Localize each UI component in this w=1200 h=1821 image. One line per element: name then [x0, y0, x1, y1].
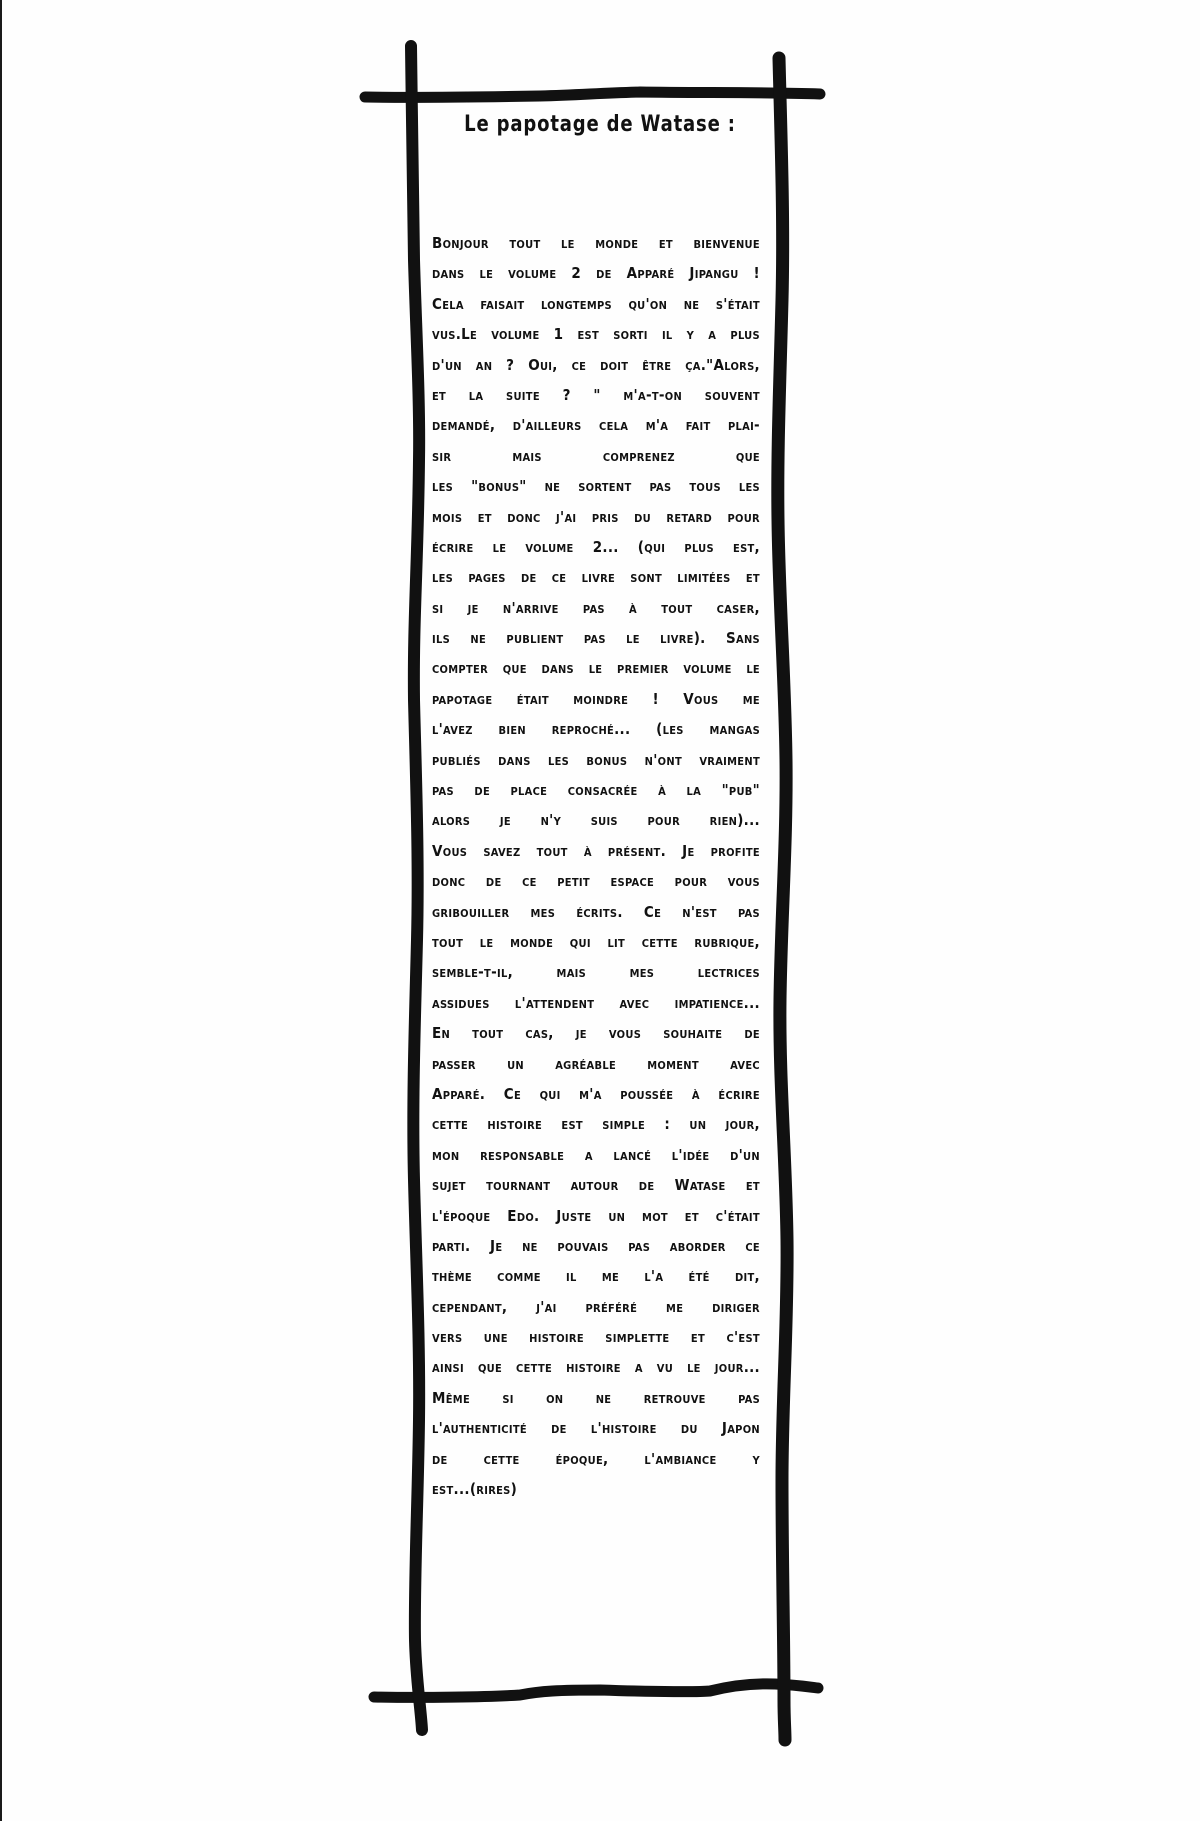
- text-line: sijen'arrivepasàtoutcaser,: [432, 593, 760, 623]
- frame-right-bar: [778, 58, 787, 1740]
- text-line: cependant,j'aipréférémediriger: [432, 1292, 760, 1322]
- text-line: alorsjen'ysuispourrien)...: [432, 805, 760, 835]
- text-line: cettehistoireestsimple:unjour,: [432, 1109, 760, 1139]
- text-line: l'avezbienreproché...(lesmangas: [432, 714, 760, 744]
- frame-bottom-bar: [374, 1684, 818, 1698]
- text-line: l'époqueEdo.Justeunmotetc'était: [432, 1201, 760, 1231]
- text-line: ilsnepublientpaslelivre).Sans: [432, 623, 760, 653]
- text-line: papotageétaitmoindre!Vousme: [432, 684, 760, 714]
- frame-left-bar: [411, 46, 422, 1730]
- text-line: monresponsablealancél'idéed'un: [432, 1140, 760, 1170]
- text-line: decetteépoque,l'ambiancey: [432, 1444, 760, 1474]
- text-line: thèmecommeilmel'aétédit,: [432, 1261, 760, 1291]
- text-line: l'authenticitédel'histoireduJapon: [432, 1413, 760, 1443]
- text-line: versunehistoiresimpletteetc'est: [432, 1322, 760, 1352]
- text-line: etlasuite?"m'a-t-onsouvent: [432, 380, 760, 410]
- text-line: sirmaiscomprenezque: [432, 441, 760, 471]
- text-line: pasdeplaceconsacréeàla"pub": [432, 775, 760, 805]
- text-line: Celafaisaitlongtempsqu'onnes'était: [432, 289, 760, 319]
- text-line: écrirelevolume2...(quiplusest,: [432, 532, 760, 562]
- text-block: Bonjourtoutlemondeetbienvenuedanslevolum…: [432, 228, 760, 1504]
- page-title: Le papotage de Watase :: [452, 112, 747, 137]
- text-line: toutlemondequilitcetterubrique,: [432, 927, 760, 957]
- text-line: les"bonus"nesortentpastousles: [432, 471, 760, 501]
- text-line: sujettournantautourdeWataseet: [432, 1170, 760, 1200]
- text-line: Mêmesionneretrouvepas: [432, 1383, 760, 1413]
- text-line: Apparé.Cequim'apousséeàécrire: [432, 1079, 760, 1109]
- text-line: ainsiquecettehistoireavulejour...: [432, 1352, 760, 1382]
- text-line: est...(rires): [432, 1474, 760, 1504]
- text-line: doncdecepetitespacepourvous: [432, 866, 760, 896]
- text-line: lespagesdecelivresontlimitéeset: [432, 562, 760, 592]
- text-line: assiduesl'attendentavecimpatience...: [432, 988, 760, 1018]
- text-line: parti.Jenepouvaispasaborderce: [432, 1231, 760, 1261]
- text-line: moisetdoncj'aiprisduretardpour: [432, 502, 760, 532]
- text-line: gribouillermesécrits.Cen'estpas: [432, 897, 760, 927]
- text-line: Entoutcas,jevoussouhaitede: [432, 1018, 760, 1048]
- text-line: demandé,d'ailleurscelam'afaitplai-: [432, 410, 760, 440]
- text-line: compterquedanslepremiervolumele: [432, 653, 760, 683]
- text-line: passerunagréablemomentavec: [432, 1049, 760, 1079]
- text-line: Voussaveztoutàprésent.Jeprofite: [432, 836, 760, 866]
- text-line: vus.Levolume1estsortiilyaplus: [432, 319, 760, 349]
- text-line: publiésdanslesbonusn'ontvraiment: [432, 745, 760, 775]
- text-line: semble-t-il,maismeslectrices: [432, 957, 760, 987]
- frame-top-bar: [365, 92, 820, 97]
- text-line: Bonjourtoutlemondeetbienvenue: [432, 228, 760, 258]
- text-line: d'unan?Oui,cedoitêtreça."Alors,: [432, 350, 760, 380]
- text-line: danslevolume2deApparéJipangu!: [432, 258, 760, 288]
